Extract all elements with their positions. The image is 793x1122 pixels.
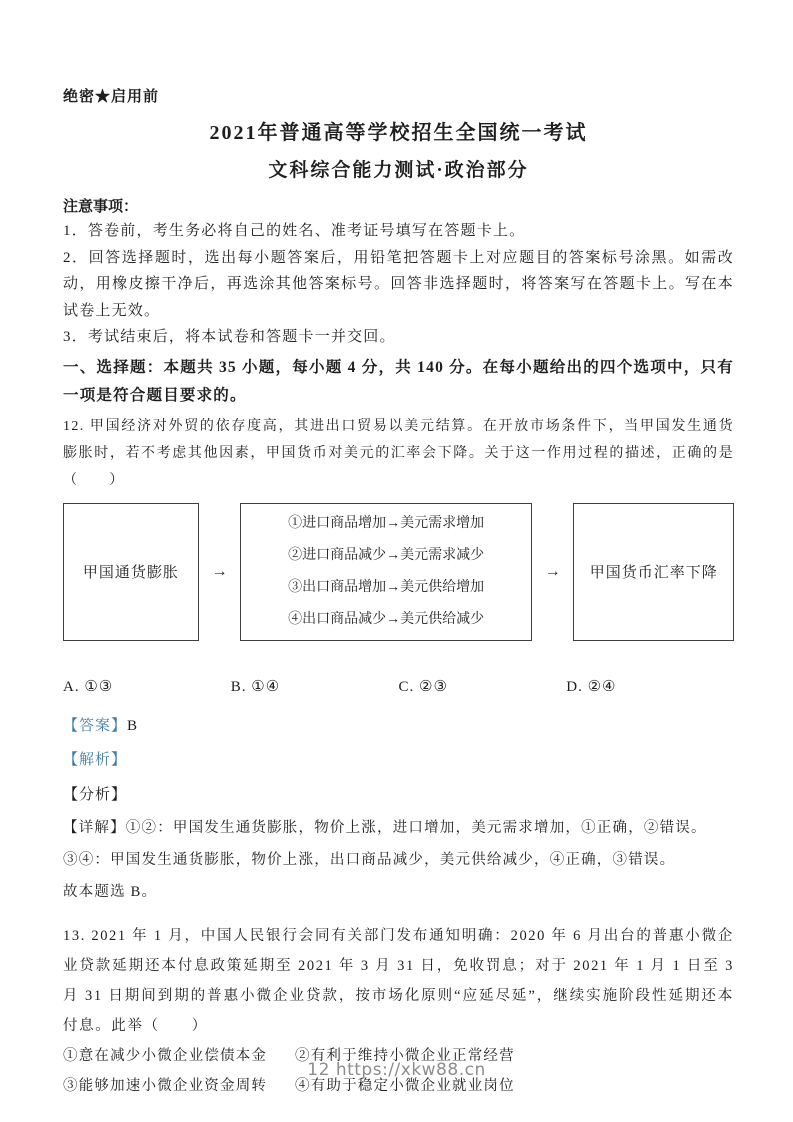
classification-label: 绝密★启用前 [63,88,734,106]
q12-detail-line-1: 【详解】①②：甲国发生通货膨胀，物价上涨，进口增加，美元需求增加，①正确，②错误… [63,812,734,844]
notice-heading: 注意事项： [63,196,734,218]
q12-options-row: A. ①③ B. ①④ C. ②③ D. ②④ [63,677,734,696]
q12-flow-diagram: 甲国通货膨胀 → ①进口商品增加→美元需求增加 ②进口商品减少→美元需求减少 ③… [63,503,734,641]
right-arrow-icon: → [199,503,241,641]
diagram-left-box: 甲国通货膨胀 [63,503,199,641]
diagram-item-1: ①进口商品增加→美元需求增加 [288,508,484,540]
notice-item-3: 3．考试结束后，将本试卷和答题卡一并交回。 [63,324,734,351]
answer-label: 【答案】 [63,718,127,734]
q12-detail-line-3: 故本题选 B。 [63,876,734,908]
q12-option-b: B. ①④ [231,677,399,696]
diagram-right-box: 甲国货币汇率下降 [573,503,734,641]
document-page: 绝密★启用前 2021年普通高等学校招生全国统一考试 文科综合能力测试·政治部分… [0,0,793,1122]
exam-title: 2021年普通高等学校招生全国统一考试 [63,120,734,146]
notice-item-1: 1．答卷前，考生务必将自己的姓名、准考证号填写在答题卡上。 [63,218,734,245]
page-footer: 12 https://xkw88.cn [0,1060,793,1080]
diagram-item-4: ④出口商品减少→美元供给减少 [288,604,484,636]
diagram-item-2: ②进口商品减少→美元需求减少 [288,540,484,572]
q12-option-d: D. ②④ [566,677,734,696]
analysis-label: 【解析】 [63,743,734,778]
q12-answer-block: 【答案】B 【解析】 【分析】 [63,709,734,813]
question-13-stem: 13. 2021 年 1 月，中国人民银行会同有关部门发布通知明确：2020 年… [63,921,734,1041]
answer-value: B [127,718,138,734]
answer-line: 【答案】B [63,709,734,744]
q12-option-c: C. ②③ [399,677,567,696]
exam-subtitle: 文科综合能力测试·政治部分 [63,159,734,183]
section-heading: 一、选择题：本题共 35 小题，每小题 4 分，共 140 分。在每小题给出的四… [63,354,734,410]
diagram-item-3: ③出口商品增加→美元供给增加 [288,572,484,604]
question-12-stem: 12. 甲国经济对外贸的依存度高，其进出口贸易以美元结算。在开放市场条件下，当甲… [63,413,734,494]
q12-option-a: A. ①③ [63,677,231,696]
right-arrow-icon: → [532,503,574,641]
fenxi-label: 【分析】 [63,778,734,813]
q12-detail-line-2: ③④：甲国发生通货膨胀，物价上涨，出口商品减少，美元供给减少，④正确，③错误。 [63,844,734,876]
notice-item-2: 2．回答选择题时，选出每小题答案后，用铅笔把答题卡上对应题目的答案标号涂黑。如需… [63,245,734,325]
diagram-middle-box: ①进口商品增加→美元需求增加 ②进口商品减少→美元需求减少 ③出口商品增加→美元… [240,503,531,641]
